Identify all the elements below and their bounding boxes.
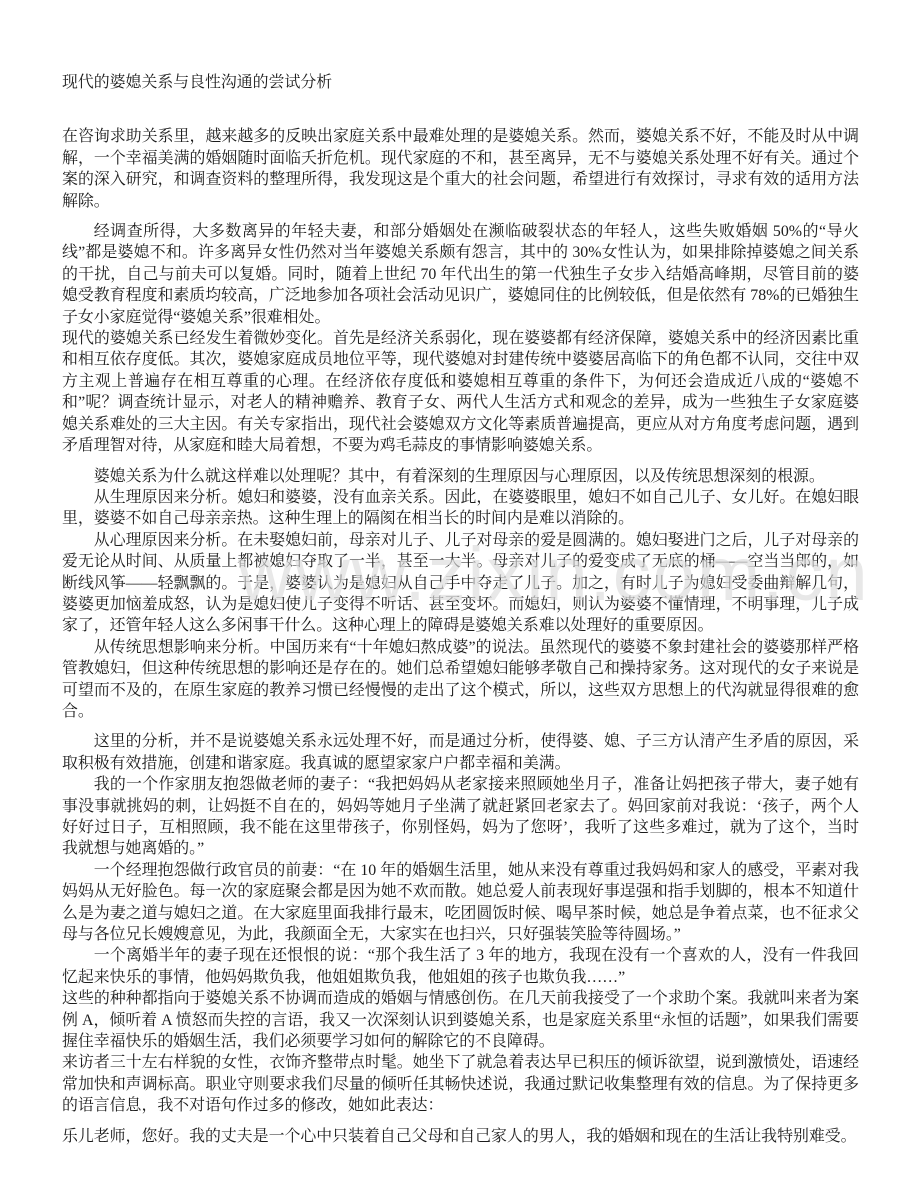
paragraph-modern-changes: 现代的婆媳关系已经发生着微妙变化。首先是经济关系弱化，现在婆婆都有经济保障，婆媳… xyxy=(62,328,859,456)
paragraph-case-a: 这些的种种都指向于婆媳关系不协调而造成的婚姻与情感创伤。在几天前我接受了一个求助… xyxy=(62,988,859,1052)
document-content: 现代的婆媳关系与良性沟通的尝试分析 在咨询求助关系里，越来越多的反映出家庭关系中… xyxy=(62,72,859,1147)
paragraph-manager-exwife: 一个经理抱怨做行政官员的前妻：“在 10 年的婚姻生活里，她从来没有尊重过我妈妈… xyxy=(62,860,859,946)
paragraph-spacer xyxy=(62,212,859,221)
paragraph-why-difficult: 婆媳关系为什么就这样难以处理呢？其中，有着深刻的生理原因与心理原因，以及传统思想… xyxy=(62,466,859,487)
paragraph-spacer xyxy=(62,1117,859,1126)
paragraph-analysis-purpose: 这里的分析，并不是说婆媳关系永远处理不好，而是通过分析，使得婆、媳、子三方认清产… xyxy=(62,731,859,774)
paragraph-spacer xyxy=(62,457,859,466)
paragraph-physiological: 从生理原因来分析。媳妇和婆婆，没有血亲关系。因此，在婆婆眼里，媳妇不如自己儿子、… xyxy=(62,487,859,530)
paragraph-intro: 在咨询求助关系里，越来越多的反映出家庭关系中最难处理的是婆媳关系。然而，婆媳关系… xyxy=(62,126,859,212)
paragraph-traditional: 从传统思想影响来分析。中国历来有“十年媳妇熬成婆”的说法。虽然现代的婆婆不象封建… xyxy=(62,637,859,723)
title-spacer xyxy=(62,93,859,126)
paragraph-divorced-wife: 一个离婚半年的妻子现在还恨恨的说：“那个我生活了 3 年的地方，我现在没有一个喜… xyxy=(62,945,859,988)
paragraph-survey: 经调查所得，大多数离异的年轻夫妻，和部分婚姻处在濒临破裂状态的年轻人，这些失败婚… xyxy=(62,221,859,328)
paragraph-letter-opening: 乐儿老师，您好。我的丈夫是一个心中只装着自己父母和自己家人的男人，我的婚姻和现在… xyxy=(62,1126,859,1147)
paragraph-spacer xyxy=(62,722,859,731)
paragraph-visitor: 来访者三十左右样貌的女性，衣饰齐整带点时髦。她坐下了就急着表达早已积压的倾诉欲望… xyxy=(62,1052,859,1116)
paragraph-writer-friend: 我的一个作家朋友抱怨做老师的妻子：“我把妈妈从老家接来照顾她坐月子，准备让妈把孩… xyxy=(62,774,859,860)
paragraph-psychological: 从心理原因来分析。在未娶媳妇前，母亲对儿子、儿子对母亲的爱是圆满的。媳妇娶进门之… xyxy=(62,530,859,637)
document-page: www.zixin.com.cn 现代的婆媳关系与良性沟通的尝试分析 在咨询求助… xyxy=(0,0,920,1191)
doc-title: 现代的婆媳关系与良性沟通的尝试分析 xyxy=(62,72,859,93)
